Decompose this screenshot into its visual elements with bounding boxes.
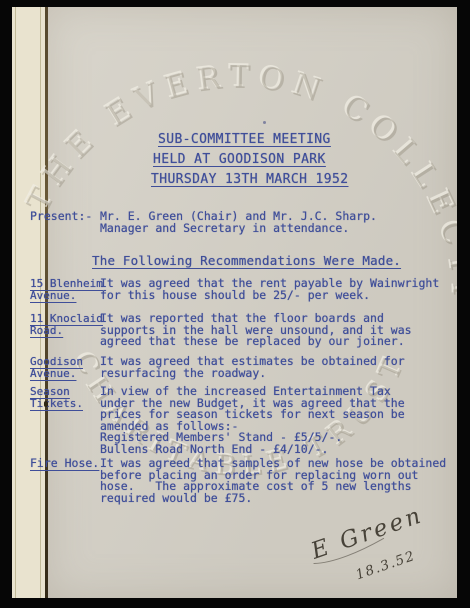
ink-speck (263, 121, 266, 124)
ledger-rule-line (15, 7, 16, 598)
paper-speck (44, 401, 48, 407)
scanned-minutes-screenshot: { "doc": { "title_lines": [ "SUB-COMMITT… (0, 0, 470, 608)
ledger-edge (12, 7, 45, 598)
document-page (48, 7, 457, 598)
ledger-rule-line (40, 7, 41, 598)
scanned-page: THE EVERTON COLLECTION THE EVERTON COLLE… (12, 7, 457, 598)
